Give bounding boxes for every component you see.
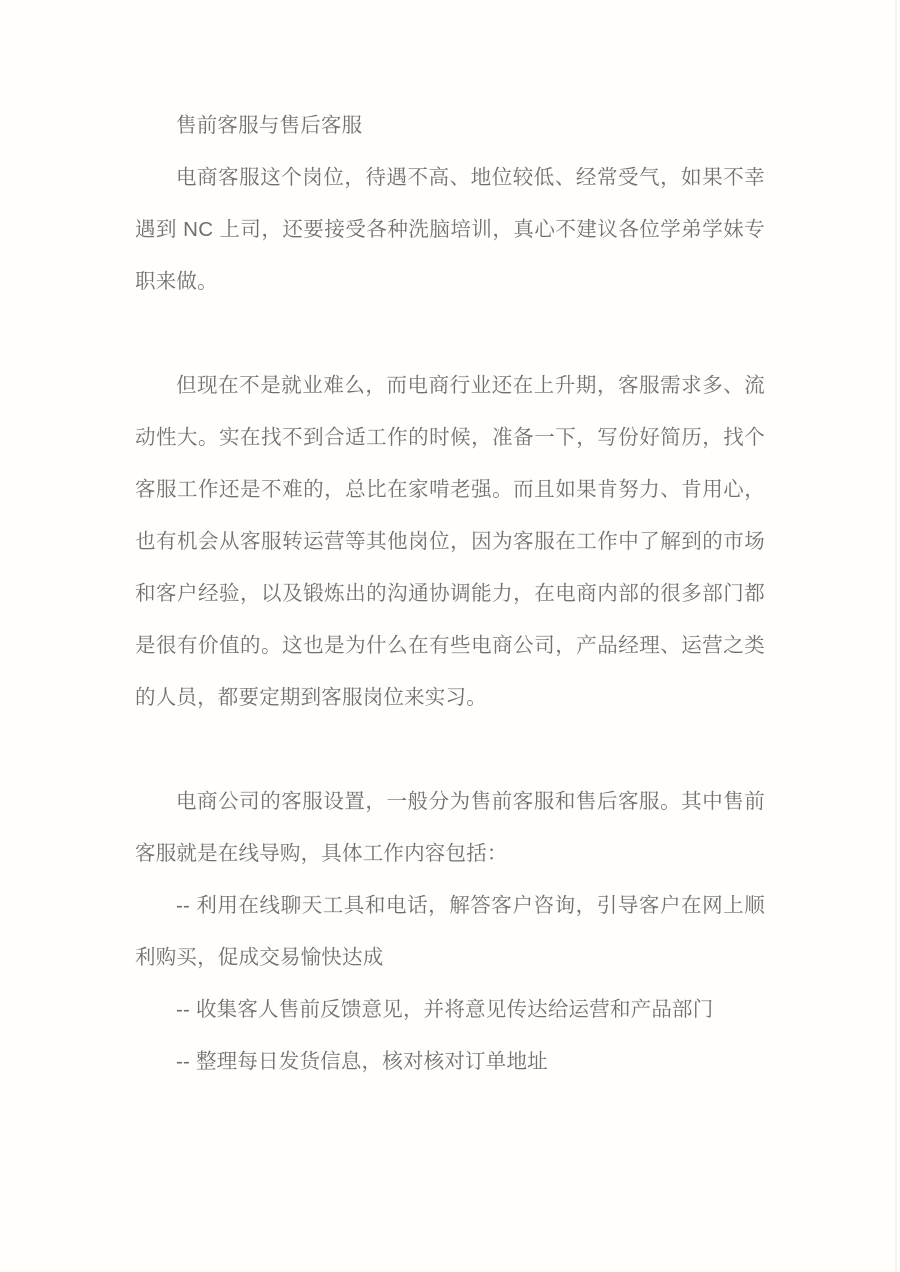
document-content: 售前客服与售后客服 电商客服这个岗位，待遇不高、地位较低、经常受气，如果不幸遇到… bbox=[135, 100, 765, 1088]
document-heading: 售前客服与售后客服 bbox=[135, 100, 765, 152]
page-edge-line bbox=[895, 0, 897, 1272]
document-page: 售前客服与售后客服 电商客服这个岗位，待遇不高、地位较低、经常受气，如果不幸遇到… bbox=[0, 0, 900, 1272]
paragraph-employment: 但现在不是就业难么，而电商行业还在上升期，客服需求多、流动性大。实在找不到合适工… bbox=[135, 360, 765, 724]
paragraph-setup: 电商公司的客服设置，一般分为售前客服和售后客服。其中售前客服就是在线导购，具体工… bbox=[135, 776, 765, 880]
list-item-chat-tools: -- 利用在线聊天工具和电话，解答客户咨询，引导客户在网上顺利购买，促成交易愉快… bbox=[135, 880, 765, 984]
list-item-shipping: -- 整理每日发货信息，核对核对订单地址 bbox=[135, 1036, 765, 1088]
paragraph-intro: 电商客服这个岗位，待遇不高、地位较低、经常受气，如果不幸遇到 NC 上司，还要接… bbox=[135, 152, 765, 308]
list-item-feedback: -- 收集客人售前反馈意见，并将意见传达给运营和产品部门 bbox=[135, 984, 765, 1036]
